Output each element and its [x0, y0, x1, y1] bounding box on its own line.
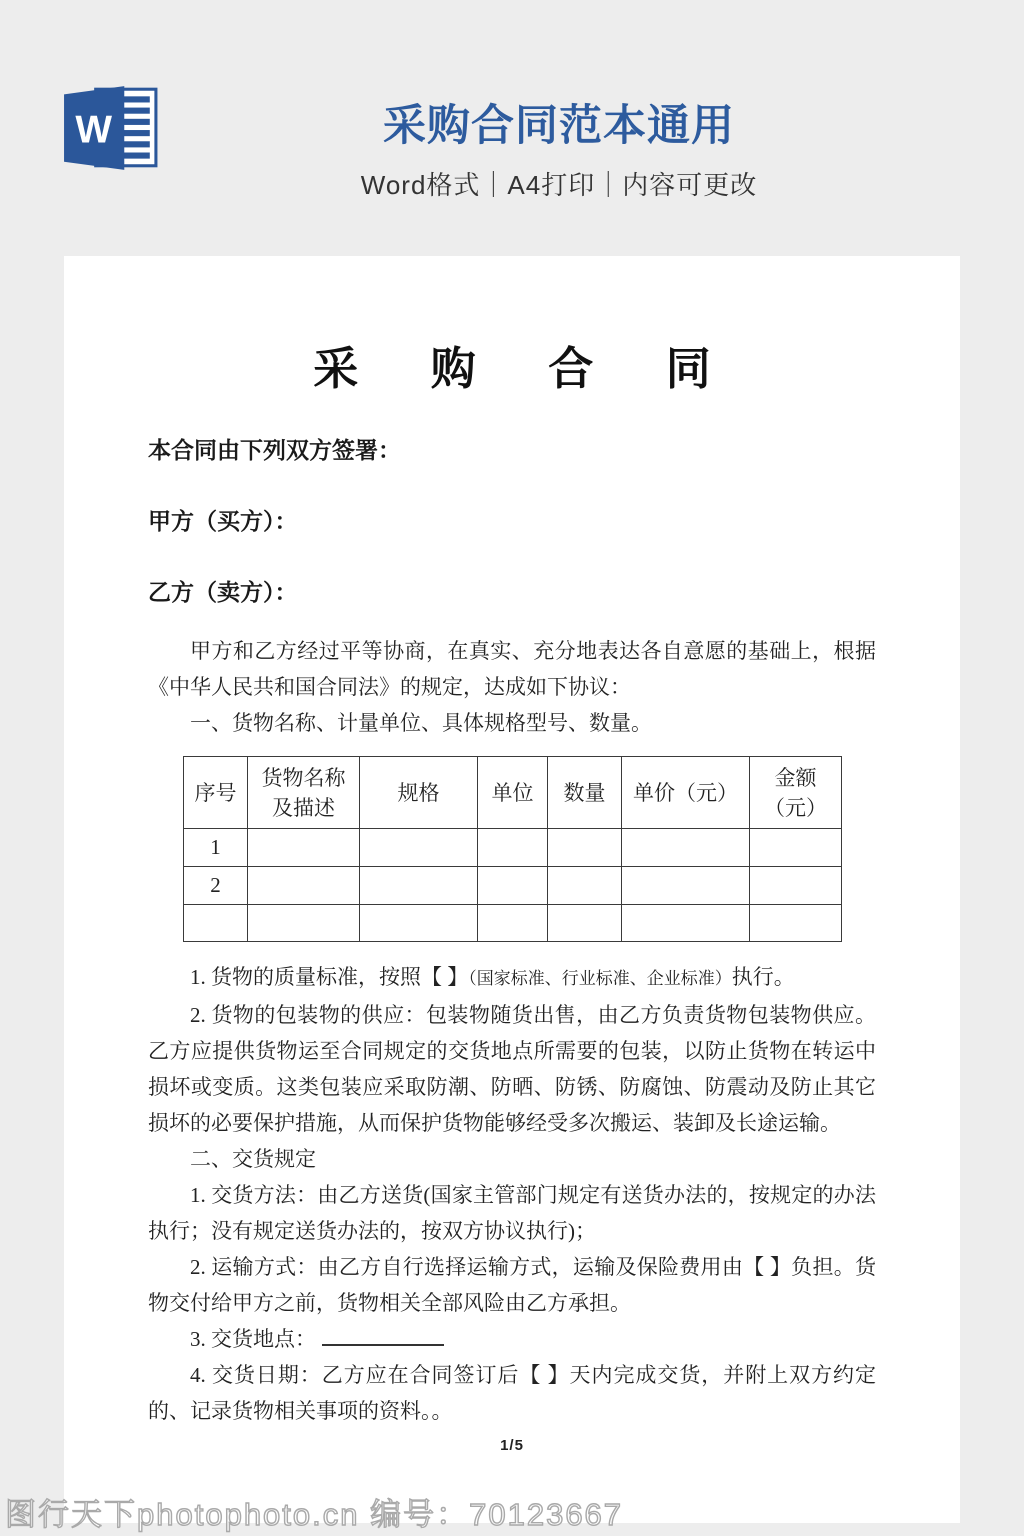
clause-transport-method: 2. 运输方式：由乙方自行选择运输方式，运输及保险费用由【 】负担。货物交付给甲…	[148, 1249, 876, 1321]
clause-delivery-method: 1. 交货方法：由乙方送货(国家主管部门规定有送货办法的，按规定的办法执行；没有…	[148, 1177, 876, 1249]
goods-table-cell	[248, 905, 360, 942]
goods-table-cell	[478, 867, 548, 905]
goods-table-header-cell: 单价（元）	[622, 757, 750, 829]
goods-table-header-cell: 数量	[548, 757, 622, 829]
goods-table-cell	[360, 829, 478, 867]
goods-table-header-cell: 货物名称及描述	[248, 757, 360, 829]
clause-quality-standards-note: （国家标准、行业标准、企业标准）	[468, 969, 732, 988]
goods-table-row	[184, 905, 842, 942]
clause-delivery-date: 4. 交货日期：乙方应在合同签订后【 】天内完成交货，并附上双方约定的、记录货物…	[148, 1357, 876, 1429]
goods-table-cell	[548, 905, 622, 942]
clause-packaging: 2. 货物的包装物的供应：包装物随货出售，由乙方负责货物包装物供应。乙方应提供货…	[148, 997, 876, 1141]
page-number: 1/5	[148, 1437, 876, 1454]
delivery-place-blank	[322, 1325, 444, 1346]
goods-table-cell	[548, 829, 622, 867]
goods-table-cell	[750, 905, 842, 942]
clause-quality: 1. 货物的质量标准，按照【 】（国家标准、行业标准、企业标准）执行。	[148, 959, 876, 997]
goods-table-cell	[750, 867, 842, 905]
goods-table-cell	[622, 829, 750, 867]
goods-table-cell	[622, 905, 750, 942]
goods-table-cell	[248, 867, 360, 905]
goods-table-cell	[360, 867, 478, 905]
template-subtitle: Word格式｜A4打印｜内容可更改	[94, 165, 1024, 202]
goods-table-cell	[360, 905, 478, 942]
template-banner: W 采购合同范本通用 Word格式｜A4打印｜内容可更改	[0, 0, 1024, 256]
template-title: 采购合同范本通用	[94, 92, 1024, 153]
goods-table: 序号货物名称及描述规格单位数量单价（元）金额（元） 12	[183, 756, 842, 942]
party-a-line: 甲方（买方）：	[148, 506, 876, 536]
goods-table-body: 12	[184, 829, 842, 942]
site-watermark: 图行天下photophoto.cn 编号：70123667	[5, 1489, 623, 1534]
goods-table-row: 1	[184, 829, 842, 867]
contract-title: 采 购 合 同	[148, 256, 876, 397]
signature-intro-line: 本合同由下列双方签署：	[148, 435, 876, 465]
goods-table-header-row: 序号货物名称及描述规格单位数量单价（元）金额（元）	[184, 757, 842, 829]
section1-heading: 一、货物名称、计量单位、具体规格型号、数量。	[148, 705, 876, 741]
intro-paragraph: 甲方和乙方经过平等协商，在真实、充分地表达各自意愿的基础上，根据《中华人民共和国…	[148, 633, 876, 705]
section2-heading: 二、交货规定	[148, 1141, 876, 1177]
goods-table-cell	[548, 867, 622, 905]
goods-table-header-cell: 序号	[184, 757, 248, 829]
goods-table-header-cell: 规格	[360, 757, 478, 829]
goods-table-row: 2	[184, 867, 842, 905]
goods-table-cell: 1	[184, 829, 248, 867]
goods-table-header-cell: 单位	[478, 757, 548, 829]
goods-table-cell	[478, 905, 548, 942]
goods-table-cell	[622, 867, 750, 905]
goods-table-header-cell: 金额（元）	[750, 757, 842, 829]
party-b-line: 乙方（卖方）：	[148, 577, 876, 607]
document-page: 采 购 合 同 本合同由下列双方签署： 甲方（买方）： 乙方（卖方）： 甲方和乙…	[64, 256, 960, 1523]
goods-table-cell: 2	[184, 867, 248, 905]
contract-clauses: 1. 货物的质量标准，按照【 】（国家标准、行业标准、企业标准）执行。 2. 货…	[148, 959, 876, 1429]
clause-delivery-place: 3. 交货地点：	[148, 1321, 876, 1357]
goods-table-cell	[248, 829, 360, 867]
goods-table-cell	[478, 829, 548, 867]
goods-table-cell	[750, 829, 842, 867]
goods-table-cell	[184, 905, 248, 942]
